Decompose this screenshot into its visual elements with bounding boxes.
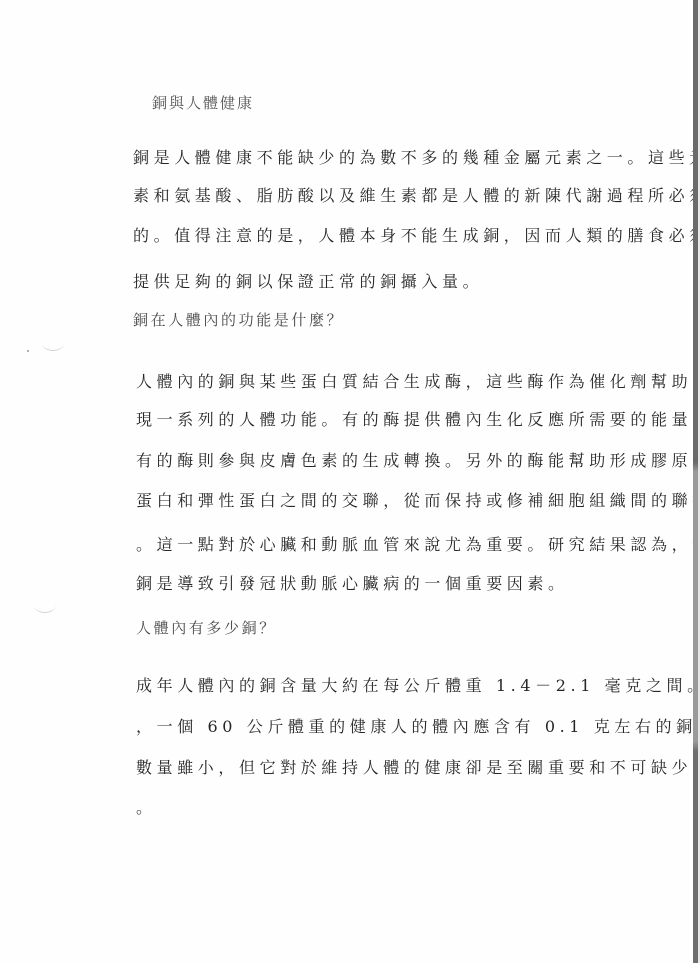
paragraph-line: 現一系列的人體功能。有的酶提供體內生化反應所需要的能量， — [136, 410, 700, 430]
paragraph-line: 數量雖小，但它對於維持人體的健康卻是至關重要和不可缺少的 — [136, 758, 700, 778]
paragraph-line: 。 — [136, 798, 157, 818]
paragraph-line: ，一個 60 公斤體重的健康人的體內應含有 0.1 克左右的銅。這一 — [136, 717, 700, 737]
scan-speck — [27, 350, 29, 352]
paragraph-line: 人體內的銅與某些蛋白質結合生成酶，這些酶作為催化劑幫助實 — [136, 372, 700, 392]
paragraph-line: 素和氨基酸、脂肪酸以及維生素都是人體的新陳代謝過程所必須 — [133, 186, 700, 206]
punch-hole-mark — [42, 336, 64, 351]
paragraph-line: 銅是人體健康不能缺少的為數不多的幾種金屬元素之一。這些元 — [133, 148, 700, 168]
section-heading-copy-function: 銅在人體內的功能是什麼？ — [133, 310, 344, 330]
paragraph-line: 蛋白和彈性蛋白之間的交聯，從而保持或修補細胞組織間的聯接 — [136, 491, 700, 511]
paragraph-line: 的。值得注意的是，人體本身不能生成銅，因而人類的膳食必須 — [133, 226, 700, 246]
punch-hole-mark — [34, 598, 56, 613]
paragraph-line: 提供足夠的銅以保證正常的銅攝入量。 — [133, 272, 483, 292]
paragraph-line: 銅是導致引發冠狀動脈心臟病的一個重要因素。 — [136, 574, 569, 594]
document-title: 銅與人體健康 — [152, 93, 254, 113]
paragraph-line: 有的酶則參與皮膚色素的生成轉換。另外的酶能幫助形成膠原 — [136, 451, 692, 471]
paragraph-line: 。這一點對於心臟和動脈血管來說尤為重要。研究結果認為，缺 — [136, 535, 700, 555]
section-heading-copy-amount: 人體內有多少銅？ — [136, 618, 277, 638]
scanned-page: 銅與人體健康 銅是人體健康不能缺少的為數不多的幾種金屬元素之一。這些元 素和氨基… — [0, 0, 700, 963]
paragraph-line: 成年人體內的銅含量大約在每公斤體重 1.4－2.1 毫克之間。因此 — [136, 676, 700, 696]
